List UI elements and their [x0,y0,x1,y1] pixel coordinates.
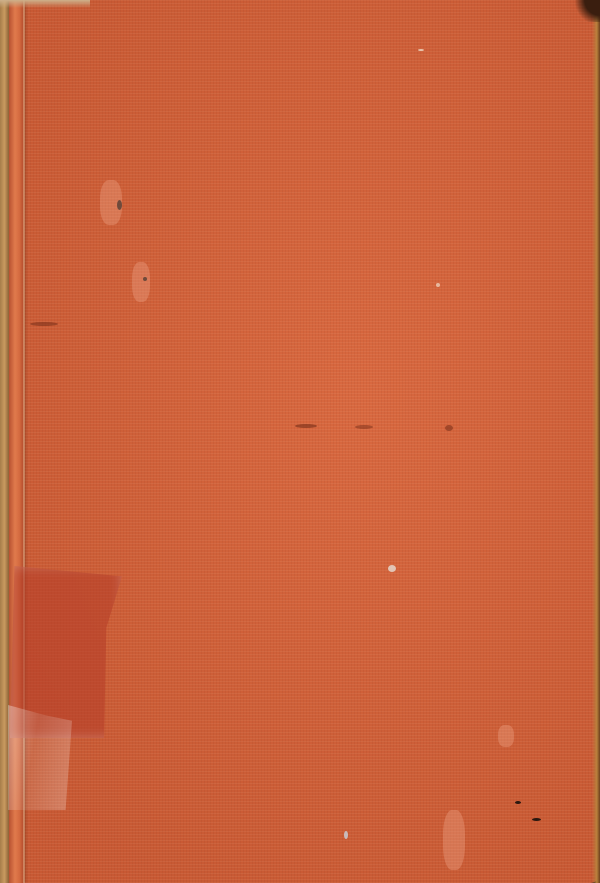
wormhole [532,818,541,821]
scuff-mark [498,725,514,747]
scuff-mark [100,180,122,225]
scuff-mark [132,262,150,302]
stain [295,424,317,428]
right-edge-wear [592,0,600,883]
light-speck [418,49,424,51]
stain [30,322,58,326]
book-cover [0,0,600,883]
wormhole [515,801,521,804]
worn-spine-edge [0,0,9,883]
damaged-corner [574,0,600,22]
top-edge-wear [0,0,90,8]
light-speck [344,831,348,839]
light-speck [436,283,440,287]
stain [445,425,453,431]
light-speck [388,565,396,572]
scuff-mark [443,810,465,870]
stain [355,425,373,429]
repair-tape-peeling [8,705,72,810]
